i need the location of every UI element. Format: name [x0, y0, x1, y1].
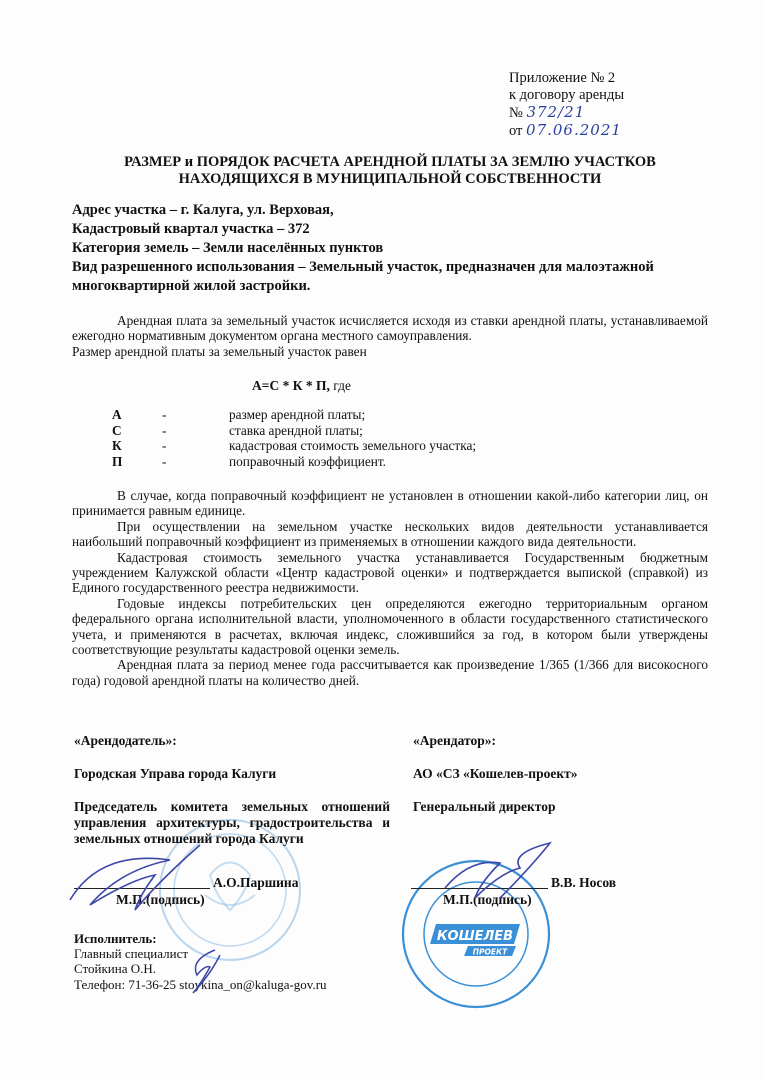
definition-text: поправочный коэффициент. — [229, 454, 386, 470]
definition-row: К - кадастровая стоимость земельного уча… — [112, 438, 476, 454]
contract-date: от 07.06.2021 — [509, 122, 624, 140]
intro-formula-lead: Размер арендной платы за земельный участ… — [72, 344, 708, 359]
definition-dash: - — [162, 454, 229, 470]
date-prefix: от — [509, 123, 522, 139]
formula-expression: А=С * К * П, — [252, 378, 330, 393]
terms-section: В случае, когда поправочный коэффициент … — [72, 488, 708, 688]
lessee-position: Генеральный директор — [413, 799, 555, 815]
definition-row: С - ставка арендной платы; — [112, 423, 476, 439]
definition-text: размер арендной платы; — [229, 407, 365, 423]
definition-dash: - — [162, 407, 229, 423]
handwritten-contract-date: 07.06.2021 — [526, 121, 622, 139]
definition-symbol: А — [112, 407, 162, 423]
executor-signature-icon — [185, 945, 225, 995]
lessor-signatory: А.О.Паршина — [213, 875, 298, 891]
intro-paragraph: Арендная плата за земельный участок исчи… — [72, 313, 708, 344]
annex-header: Приложение № 2 к договору аренды № 372/2… — [509, 70, 624, 140]
number-prefix: № — [509, 105, 523, 121]
document-title: РАЗМЕР и ПОРЯДОК РАСЧЕТА АРЕНДНОЙ ПЛАТЫ … — [70, 154, 710, 188]
handwritten-contract-number: 372/21 — [526, 103, 585, 121]
contract-number: № 372/21 — [509, 104, 624, 122]
paragraph-cadastral-value: Кадастровая стоимость земельного участка… — [72, 550, 708, 596]
definition-dash: - — [162, 423, 229, 439]
paragraph-partial-year: Арендная плата за период менее года расс… — [72, 657, 708, 688]
definition-symbol: К — [112, 438, 162, 454]
paragraph-multiple-activities: При осуществлении на земельном участке н… — [72, 519, 708, 550]
plot-details: Адрес участка – г. Калуга, ул. Верховая,… — [72, 201, 712, 296]
permitted-use-line-2: многоквартирной жилой застройки. — [72, 277, 712, 296]
land-category: Категория земель – Земли населённых пунк… — [72, 239, 712, 258]
lessor-signature-icon — [60, 840, 210, 915]
intro-section: Арендная плата за земельный участок исчи… — [72, 313, 708, 359]
definition-row: А - размер арендной платы; — [112, 407, 476, 423]
lessee-signature-icon — [440, 838, 560, 908]
lessee-organization: АО «СЗ «Кошелев-проект» — [413, 766, 578, 782]
paragraph-price-indices: Годовые индексы потребительских цен опре… — [72, 596, 708, 658]
executor-heading: Исполнитель: — [74, 931, 327, 946]
paragraph-correction-factor: В случае, когда поправочный коэффициент … — [72, 488, 708, 519]
plot-address: Адрес участка – г. Калуга, ул. Верховая, — [72, 201, 712, 220]
formula-suffix: где — [330, 378, 351, 393]
permitted-use-line-1: Вид разрешенного использования – Земельн… — [72, 258, 712, 277]
rent-formula: А=С * К * П, где — [252, 378, 351, 394]
definition-text: кадастровая стоимость земельного участка… — [229, 438, 476, 454]
definition-symbol: С — [112, 423, 162, 439]
title-line-2: НАХОДЯЩИХСЯ В МУНИЦИПАЛЬНОЙ СОБСТВЕННОСТ… — [70, 171, 710, 188]
contract-reference: к договору аренды — [509, 87, 624, 104]
lessee-role: «Арендатор»: — [413, 733, 496, 749]
lessor-position-line: Председатель комитета земельных отношени… — [74, 799, 390, 815]
svg-text:КОШЕЛЕВ: КОШЕЛЕВ — [437, 929, 513, 944]
lessor-position-line: управления архитектуры, градостроительст… — [74, 815, 390, 831]
formula-definitions: А - размер арендной платы; С - ставка ар… — [112, 407, 476, 469]
svg-text:ПРОЕКТ: ПРОЕКТ — [473, 948, 508, 957]
definition-row: П - поправочный коэффициент. — [112, 454, 476, 470]
lessor-role: «Арендодатель»: — [74, 733, 177, 749]
document-page: Приложение № 2 к договору аренды № 372/2… — [0, 0, 764, 1080]
definition-text: ставка арендной платы; — [229, 423, 363, 439]
definition-dash: - — [162, 438, 229, 454]
annex-line: Приложение № 2 — [509, 70, 624, 87]
cadastral-quarter: Кадастровый квартал участка – 372 — [72, 220, 712, 239]
definition-symbol: П — [112, 454, 162, 470]
lessee-signatory: В.В. Носов — [551, 875, 616, 891]
title-line-1: РАЗМЕР и ПОРЯДОК РАСЧЕТА АРЕНДНОЙ ПЛАТЫ … — [70, 154, 710, 171]
lessor-organization: Городская Управа города Калуги — [74, 766, 276, 782]
